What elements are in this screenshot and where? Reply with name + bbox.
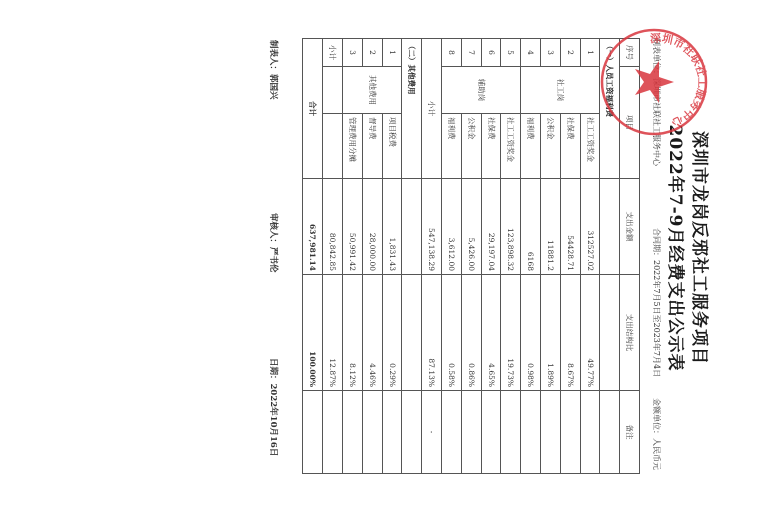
row-category: 辅助岗 xyxy=(442,67,521,114)
row-seq: 6 xyxy=(481,39,501,67)
row-seq: 4 xyxy=(521,39,541,67)
row-item: 福利费 xyxy=(521,114,541,179)
header-note: 备注 xyxy=(620,391,640,474)
row-note xyxy=(560,391,580,474)
section-row-personnel: （一）人员工资福利费 xyxy=(600,39,620,474)
row-category: 其他费用 xyxy=(343,67,402,114)
subtotal-label: 小计 xyxy=(323,39,343,67)
row-seq: 3 xyxy=(343,39,363,67)
table-row: 1其他费用项目税费1,831.430.29% xyxy=(382,39,402,474)
table-header-row: 序号 项目 支出金额 支出结构比 备注 xyxy=(620,39,640,474)
row-item: 督导费 xyxy=(362,114,382,179)
total-amount: 637,981.14 xyxy=(303,179,323,275)
currency-unit: 金额单位：人民币元 xyxy=(651,398,662,470)
row-amount: 1,831.43 xyxy=(382,179,402,275)
row-note xyxy=(521,391,541,474)
reviewer: 审核人：严书伦 xyxy=(268,213,280,273)
row-ratio: 49.77% xyxy=(580,275,600,391)
subtotal-note xyxy=(323,391,343,474)
prepared-unit: 制表单位：深圳市社联社工服务中心 xyxy=(651,38,662,166)
row-note xyxy=(541,391,561,474)
row-seq: 1 xyxy=(580,39,600,67)
document-title: 深圳市龙岗反邪社工服务项目 xyxy=(689,8,714,488)
total-note xyxy=(303,391,323,474)
subtotal-ratio: 87.13% xyxy=(422,275,442,391)
table-row: 5辅助岗社工工资奖金123,898.3219.73% xyxy=(501,39,521,474)
subtotal-amount: 547,138.29 xyxy=(422,179,442,275)
row-seq: 2 xyxy=(560,39,580,67)
subtotal-note: - xyxy=(422,391,442,474)
row-item: 社保费 xyxy=(560,114,580,179)
row-ratio: 0.58% xyxy=(442,275,462,391)
row-item: 社工工资奖金 xyxy=(580,114,600,179)
subtotal-row: 小计 547,138.29 87.13% - xyxy=(422,39,442,474)
row-category: 社工岗 xyxy=(521,67,600,114)
row-amount: 50,991.42 xyxy=(343,179,363,275)
section-title: （二）其他费用 xyxy=(402,39,422,179)
subtotal-ratio: 12.87% xyxy=(323,275,343,391)
row-note xyxy=(343,391,363,474)
preparer: 制表人：郭国兴 xyxy=(268,40,280,100)
row-ratio: 8.12% xyxy=(343,275,363,391)
section2-rows: 1其他费用项目税费1,831.430.29%2督导费28,000.004.46%… xyxy=(343,39,402,474)
row-item: 社保费 xyxy=(481,114,501,179)
row-amount: 6168 xyxy=(521,179,541,275)
section1-rows: 1社工岗社工工资奖金312527.0249.77%2社保费54428.718.6… xyxy=(442,39,600,474)
expense-disclosure-page: 深圳市龙岗反邪社工服务项目 2022年7-9月经费支出公示表 制表单位：深圳市社… xyxy=(220,8,720,488)
row-seq: 8 xyxy=(442,39,462,67)
row-seq: 2 xyxy=(362,39,382,67)
row-ratio: 4.46% xyxy=(362,275,382,391)
total-label: 合计 xyxy=(303,39,323,179)
row-amount: 3,612.00 xyxy=(442,179,462,275)
row-ratio: 19.73% xyxy=(501,275,521,391)
row-seq: 3 xyxy=(541,39,561,67)
row-ratio: 4.65% xyxy=(481,275,501,391)
row-amount: 312527.02 xyxy=(580,179,600,275)
header-ratio: 支出结构比 xyxy=(620,275,640,391)
row-amount: 28,000.00 xyxy=(362,179,382,275)
total-ratio: 100.00% xyxy=(303,275,323,391)
row-note xyxy=(461,391,481,474)
row-ratio: 0.86% xyxy=(461,275,481,391)
subtotal-row: 小计 80,842.85 12.87% xyxy=(323,39,343,474)
row-note xyxy=(481,391,501,474)
row-seq: 5 xyxy=(501,39,521,67)
row-item: 公积金 xyxy=(541,114,561,179)
section-row-other: （二）其他费用 xyxy=(402,39,422,474)
row-item: 福利费 xyxy=(442,114,462,179)
row-item: 管理费用分摊 xyxy=(343,114,363,179)
row-note xyxy=(362,391,382,474)
subtotal-amount: 80,842.85 xyxy=(323,179,343,275)
table-row: 1社工岗社工工资奖金312527.0249.77% xyxy=(580,39,600,474)
row-note xyxy=(580,391,600,474)
row-amount: 123,898.32 xyxy=(501,179,521,275)
row-seq: 7 xyxy=(461,39,481,67)
row-note xyxy=(501,391,521,474)
row-seq: 1 xyxy=(382,39,402,67)
row-item: 社工工资奖金 xyxy=(501,114,521,179)
row-amount: 29,197.04 xyxy=(481,179,501,275)
header-amount: 支出金额 xyxy=(620,179,640,275)
subtotal-label: 小计 xyxy=(422,39,442,179)
row-ratio: 1.89% xyxy=(541,275,561,391)
row-ratio: 0.29% xyxy=(382,275,402,391)
row-note xyxy=(442,391,462,474)
row-amount: 5,426.00 xyxy=(461,179,481,275)
header-item: 项目 xyxy=(620,67,640,179)
section-title: （一）人员工资福利费 xyxy=(600,39,620,179)
row-ratio: 0.98% xyxy=(521,275,541,391)
row-item: 公积金 xyxy=(461,114,481,179)
row-amount: 54428.71 xyxy=(560,179,580,275)
total-row: 合计 637,981.14 100.00% xyxy=(303,39,323,474)
report-date: 日期：2022年10月16日 xyxy=(268,358,280,456)
contract-period: 合同期：2022年7月5日至2023年7月4日 xyxy=(651,228,662,377)
row-note xyxy=(382,391,402,474)
row-item: 项目税费 xyxy=(382,114,402,179)
row-ratio: 8.67% xyxy=(560,275,580,391)
row-amount: 11881.2 xyxy=(541,179,561,275)
header-seq: 序号 xyxy=(620,39,640,67)
document-subtitle: 2022年7-9月经费支出公示表 xyxy=(665,8,690,488)
expense-table: 序号 项目 支出金额 支出结构比 备注 （一）人员工资福利费 1社工岗社工工资奖… xyxy=(302,38,640,474)
